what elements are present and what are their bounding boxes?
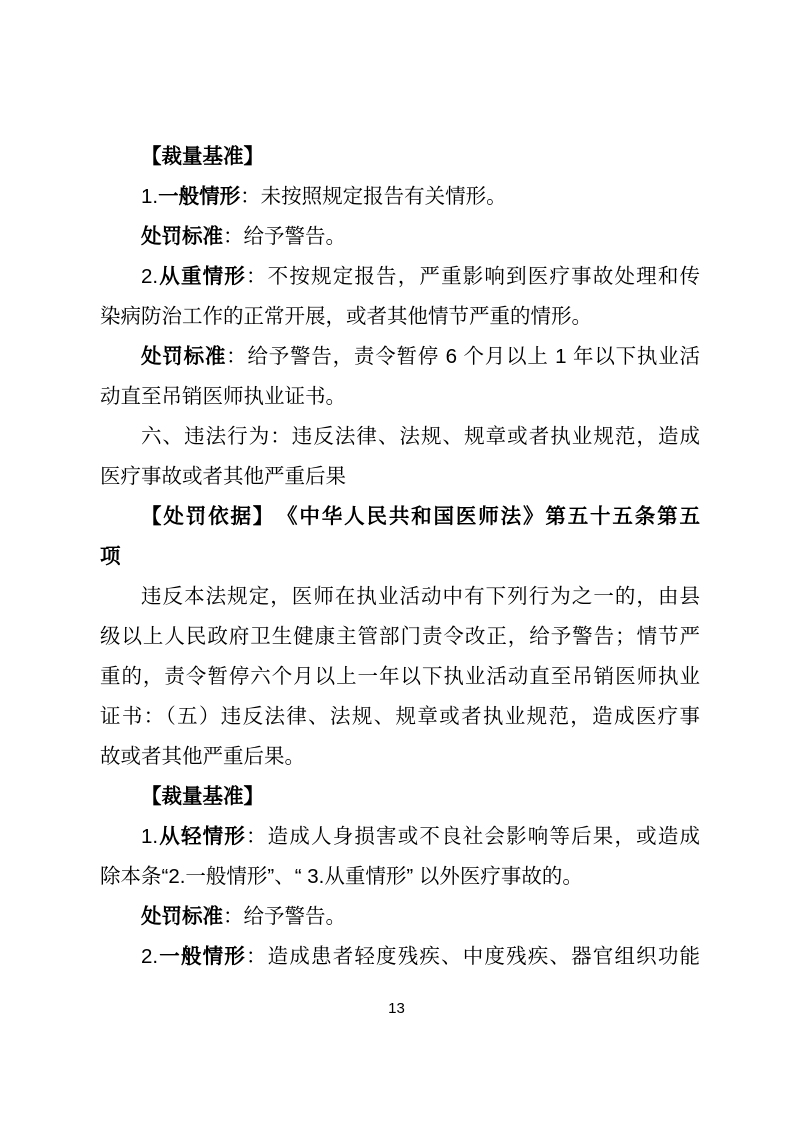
text-line: 【裁量基准】 [100, 777, 700, 817]
text-segment: 1. [141, 185, 158, 208]
bold-text-segment: 【裁量基准】 [141, 785, 264, 808]
text-line: 处罚标准：给予警告，责令暂停 6 个月以上 1 年以下执业活 [100, 337, 700, 377]
text-segment: 医疗事故或者其他严重后果 [100, 465, 346, 488]
text-line: 医疗事故或者其他严重后果 [100, 457, 700, 497]
text-line: 1.从轻情形：造成人身损害或不良社会影响等后果，或造成 [100, 817, 700, 857]
bold-text-segment: 处罚标准 [141, 225, 223, 248]
text-segment: ：未按照规定报告有关情形。 [240, 185, 507, 208]
text-segment: 1. [141, 825, 158, 848]
text-segment: 证书：（五）违反法律、法规、规章或者执业规范，造成医疗事 [100, 705, 700, 728]
text-line: 染病防治工作的正常开展，或者其他情节严重的情形。 [100, 297, 700, 337]
text-segment: 2. [141, 945, 158, 968]
text-segment: 故或者其他严重后果。 [100, 745, 305, 768]
text-line: 2.一般情形：造成患者轻度残疾、中度残疾、器官组织功能 [100, 937, 700, 977]
text-segment: 重的，责令暂停六个月以上一年以下执业活动直至吊销医师执业 [100, 665, 700, 688]
text-line: 证书：（五）违反法律、法规、规章或者执业规范，造成医疗事 [100, 697, 700, 737]
text-line: 【裁量基准】 [100, 137, 700, 177]
text-segment: 除本条“2.一般情形”、“ 3.从重情形” 以外医疗事故的。 [100, 865, 583, 888]
text-segment: 染病防治工作的正常开展，或者其他情节严重的情形。 [100, 305, 592, 328]
text-line: 处罚标准：给予警告。 [100, 897, 700, 937]
text-segment: 2. [141, 265, 158, 288]
document-body: 【裁量基准】1.一般情形：未按照规定报告有关情形。处罚标准：给予警告。2.从重情… [100, 137, 700, 977]
text-line: 重的，责令暂停六个月以上一年以下执业活动直至吊销医师执业 [100, 657, 700, 697]
bold-text-segment: 项 [100, 545, 121, 568]
bold-text-segment: 处罚标准 [141, 905, 223, 928]
bold-text-segment: 从重情形 [158, 265, 246, 288]
bold-text-segment: 一般情形 [158, 185, 240, 208]
bold-text-segment: 从轻情形 [158, 825, 246, 848]
text-segment: ：不按规定报告，严重影响到医疗事故处理和传 [246, 265, 700, 288]
text-segment: 级以上人民政府卫生健康主管部门责令改正，给予警告；情节严 [100, 625, 700, 648]
page-number: 13 [0, 998, 793, 1020]
text-line: 违反本法规定，医师在执业活动中有下列行为之一的，由县 [100, 577, 700, 617]
text-line: 除本条“2.一般情形”、“ 3.从重情形” 以外医疗事故的。 [100, 857, 700, 897]
bold-text-segment: 一般情形 [158, 945, 246, 968]
text-line: 【处罚依据】 《中华人民共和国医师法》第五十五条第五 [100, 497, 700, 537]
text-segment: ：造成人身损害或不良社会影响等后果，或造成 [246, 825, 700, 848]
bold-text-segment: 【处罚依据】 《中华人民共和国医师法》第五十五条第五 [141, 505, 700, 528]
text-line: 处罚标准：给予警告。 [100, 217, 700, 257]
text-line: 2.从重情形：不按规定报告，严重影响到医疗事故处理和传 [100, 257, 700, 297]
document-page: 【裁量基准】1.一般情形：未按照规定报告有关情形。处罚标准：给予警告。2.从重情… [0, 0, 793, 1122]
text-segment: 动直至吊销医师执业证书。 [100, 385, 346, 408]
text-line: 故或者其他严重后果。 [100, 737, 700, 777]
bold-text-segment: 【裁量基准】 [141, 145, 264, 168]
text-segment: 违反本法规定，医师在执业活动中有下列行为之一的，由县 [141, 585, 700, 608]
text-segment: ：给予警告，责令暂停 6 个月以上 1 年以下执业活 [226, 345, 700, 368]
bold-text-segment: 处罚标准 [141, 345, 226, 368]
text-line: 1.一般情形：未按照规定报告有关情形。 [100, 177, 700, 217]
text-segment: 六、违法行为：违反法律、法规、规章或者执业规范，造成 [141, 425, 700, 448]
text-segment: ：给予警告。 [223, 225, 346, 248]
text-line: 级以上人民政府卫生健康主管部门责令改正，给予警告；情节严 [100, 617, 700, 657]
text-line: 项 [100, 537, 700, 577]
text-line: 动直至吊销医师执业证书。 [100, 377, 700, 417]
text-line: 六、违法行为：违反法律、法规、规章或者执业规范，造成 [100, 417, 700, 457]
text-segment: ：给予警告。 [223, 905, 346, 928]
text-segment: ：造成患者轻度残疾、中度残疾、器官组织功能 [246, 945, 700, 968]
